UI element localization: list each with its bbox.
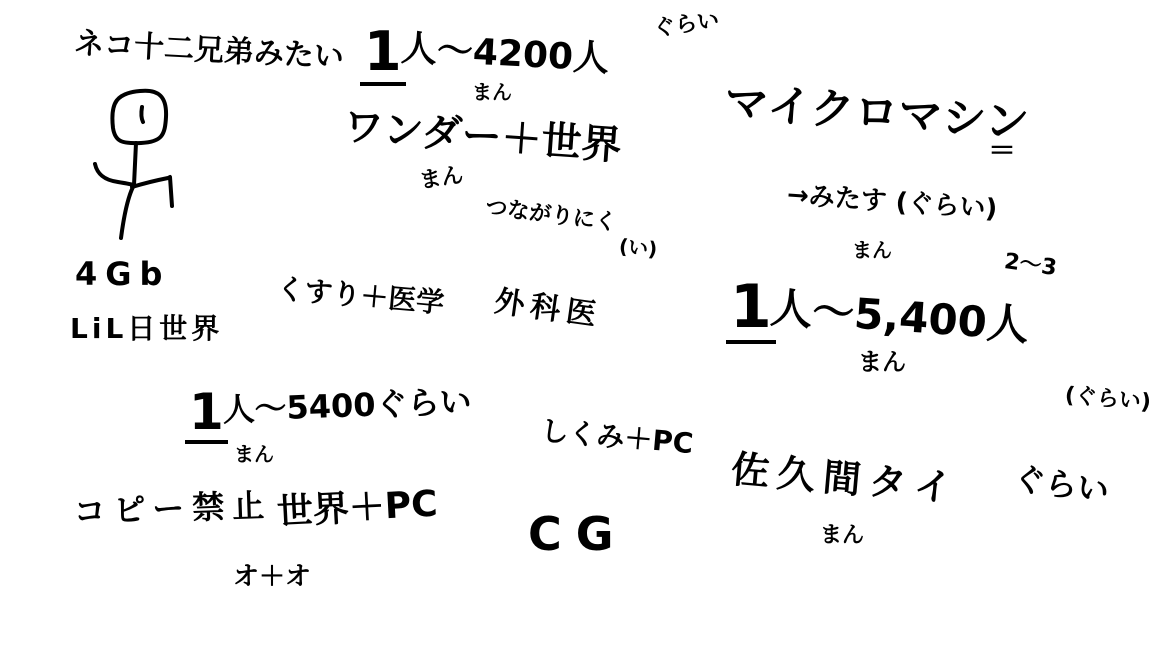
stick-figure-body bbox=[121, 143, 136, 238]
stick-figure-head bbox=[112, 91, 166, 143]
stick-figure-left-arm bbox=[95, 164, 134, 185]
count-c-big-one: 1 bbox=[726, 276, 776, 344]
lil-world-note: LiL日世界 bbox=[70, 314, 223, 343]
man-annotation-d: まん bbox=[852, 240, 892, 261]
two-three-note: 2〜3 bbox=[1003, 250, 1058, 280]
copy-kinshi: コピー禁止 bbox=[73, 489, 273, 530]
count-a-gurai: ぐらい bbox=[652, 9, 721, 41]
sakuma-gurai: ぐらい bbox=[1011, 462, 1111, 509]
count-c-gurai: (ぐらい) bbox=[1064, 384, 1152, 415]
count-b-text: 人〜5400ぐらい bbox=[222, 385, 472, 427]
equals-mark: ＝ bbox=[988, 136, 1016, 165]
count-a-text: 人〜4200人 bbox=[400, 30, 610, 79]
micro-machine: マイクロマシン bbox=[723, 80, 1031, 147]
tsunagari-note: つながりにく bbox=[484, 196, 618, 235]
man-annotation-c: まん bbox=[234, 444, 274, 465]
count-a-big-one: 1 bbox=[360, 24, 406, 86]
drawing-canvas: ネコ十二兄弟みたい1人〜4200人ぐらいまんワンダー＋世界まんつながりにく(い)… bbox=[0, 0, 1152, 648]
gekai-note: 外科医 bbox=[493, 286, 604, 332]
man-annotation-a: まん bbox=[472, 82, 512, 103]
gb-note: 4Gb bbox=[75, 258, 170, 292]
stick-figure-face-tick bbox=[141, 107, 143, 122]
mitasu-note: →みたす (ぐらい) bbox=[786, 182, 998, 224]
count-c-text: 人〜5,400人 bbox=[769, 286, 1030, 348]
kusuri-igaku: くすり＋医学 bbox=[275, 274, 445, 318]
tsunagari-note-i: (い) bbox=[618, 236, 658, 260]
sakuma-tai: 佐久間タイ bbox=[730, 450, 962, 510]
cg-note: CG bbox=[528, 510, 628, 558]
shikumi-pc: しくみ＋PC bbox=[539, 416, 694, 459]
man-annotation-b: まん bbox=[418, 164, 465, 193]
stick-figure-right-arm bbox=[132, 177, 172, 206]
sekai-pc: 世界＋PC bbox=[276, 486, 439, 532]
man-annotation-f: まん bbox=[820, 524, 864, 547]
man-annotation-e: まん bbox=[858, 350, 906, 375]
wonder-world: ワンダー＋世界 bbox=[342, 106, 623, 167]
hon-plus-hon: オ＋オ bbox=[233, 564, 311, 591]
caption-stick-figure: ネコ十二兄弟みたい bbox=[73, 28, 344, 74]
